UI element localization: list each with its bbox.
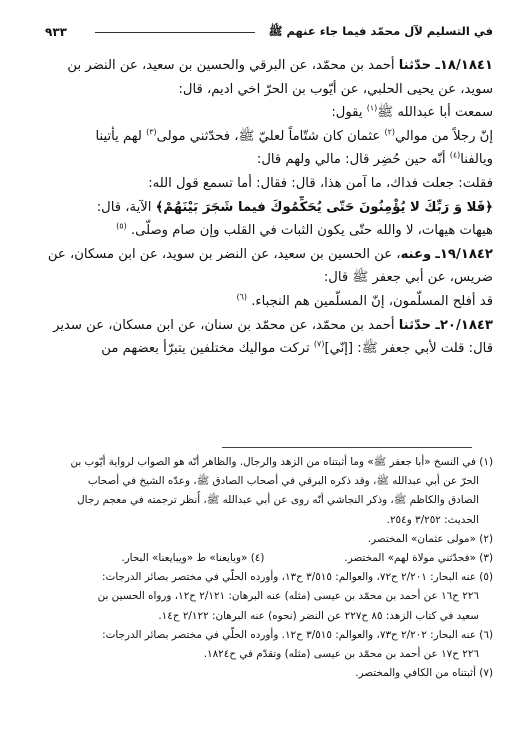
running-header: في التسليم لآل محمّد فيما جاء عنهم ﷺ ٩٣٣ [45, 24, 493, 40]
footnote-id: (٥) [479, 571, 493, 583]
footnote-text: عنه البحار: ٢/٢٠٢ ح٧٣، والعوالم: ٣/٥١٥ ح… [102, 629, 476, 641]
text-line: قال: قلت لأبي جعفر ﷺ: [إنّي] [324, 341, 493, 356]
main-text: ١٨/١٨٤١ـ حدّثنا أحمد بن محمّد، عن البرقي… [42, 54, 493, 361]
footnote-text: ٢٢٦ ح١٦ عن أحمد بن محمّد بن عيسى (مثله) … [98, 590, 479, 602]
footnote-id: (١) [479, 456, 493, 468]
text-line: يقول: [331, 105, 362, 120]
footnote-ref[interactable]: (٧) [314, 340, 325, 349]
hadith-number: ٢٠/١٨٤٣ـ [435, 318, 493, 333]
footnote-6-cont: ٢٢٦ ح١٧ عن أحمد بن محمّد بن عيسى (مثله) … [45, 645, 493, 664]
footnote-7: (٧) أثبتناه من الكافي والمختصر. [45, 664, 493, 683]
text-line: تركت مواليك مختلفين يتبرّأ بعضهم من [101, 341, 309, 356]
footnote-3-4: (٣) «فحدّثني مولاة لهم» المختصر. (٤) «وب… [45, 549, 493, 568]
hadith-lead: وعنه [401, 247, 432, 262]
text-line: لهم يأتينا [95, 129, 141, 144]
hadith-number: ١٩/١٨٤٢ـ [435, 247, 493, 262]
text-line: الآية، قال: [97, 200, 152, 215]
footnote-text: عنه البحار: ٢/٢٠١ ح٧٢، والعوالم: ٣/٥١٥ ح… [102, 571, 476, 583]
footnote-ref[interactable]: (٢) [384, 127, 395, 136]
hadith-1841-line-7: ﴿فَلا وَ رَبِّكَ لا يُؤْمِنُونَ حَتّى يُ… [42, 196, 493, 220]
footnote-3: (٣) «فحدّثني مولاة لهم» المختصر. [344, 549, 493, 568]
hadith-1843-line-2: قال: قلت لأبي جعفر ﷺ: [إنّي](٧) تركت موا… [42, 337, 493, 361]
footnote-1: (١) في النسخ «أبا جعفر ﷺ» وما أثبتناه من… [45, 453, 493, 472]
book-page: في التسليم لآل محمّد فيما جاء عنهم ﷺ ٩٣٣… [0, 0, 515, 752]
footnote-5-cont: سعيد في كتاب الزهد: ٨٥ ح٢٢٧ عن النضر (نح… [45, 607, 493, 626]
footnote-id: (٣) [479, 552, 493, 564]
footnote-ref[interactable]: (٣) [146, 127, 157, 136]
header-title: في التسليم لآل محمّد فيما جاء عنهم ﷺ [269, 24, 493, 41]
hadith-1842-line-2: ضريس، عن أبي جعفر ﷺ قال: [42, 266, 493, 290]
quran-verse: ﴿فَلا وَ رَبِّكَ لا يُؤْمِنُونَ حَتّى يُ… [156, 200, 493, 215]
text-line: ، عن الحسين بن سعيد، عن النضر بن سويد، ع… [48, 247, 401, 262]
footnote-5: (٥) عنه البحار: ٢/٢٠١ ح٧٢، والعوالم: ٣/٥… [45, 568, 493, 587]
footnote-ref[interactable]: (٥) [116, 222, 127, 231]
footnote-separator [222, 447, 472, 448]
footnote-1-cont: الحرّ عن أبي عبدالله ﷺ، وقد ذكره البرقي … [45, 472, 493, 491]
footnote-text: سعيد في كتاب الزهد: ٨٥ ح٢٢٧ عن النضر (نح… [158, 610, 479, 622]
hadith-1841-line-5: ويالفنا(٤) أنّه حين حُضِر قال: مالي ولهم… [42, 148, 493, 172]
text-line: فقلت: جعلت فداك، ما آمن هذا، قال: فقال: … [148, 176, 493, 191]
hadith-1841-line-2: سويد، عن يحيى الحلبي، عن أيّوب بن الحرّ … [42, 78, 493, 102]
text-line: ضريس، عن أبي جعفر ﷺ قال: [324, 270, 493, 285]
footnotes: (١) في النسخ «أبا جعفر ﷺ» وما أثبتناه من… [45, 453, 493, 683]
hadith-1842-line-3: قد أفلح المسلّمون، إنّ المسلّمين هم النج… [42, 290, 493, 314]
hadith-1841-line-3: سمعت أبا عبدالله ﷺ(١) يقول: [42, 101, 493, 125]
footnote-1-cont: الصادق والكاظم ﷺ، وذكر النجاشي أنّه روى … [45, 491, 493, 510]
hadith-1843-line-1: ٢٠/١٨٤٣ـ حدّثنا أحمد بن محمّد، عن محمّد … [42, 314, 493, 338]
text-line: ويالفنا [460, 152, 493, 167]
footnote-2: (٢) «مولى عثمان» المختصر. [45, 530, 493, 549]
footnote-text: «مولى عثمان» المختصر. [368, 533, 476, 545]
hadith-1842-line-1: ١٩/١٨٤٢ـ وعنه، عن الحسين بن سعيد، عن الن… [42, 243, 493, 267]
footnote-ref[interactable]: (٤) [450, 151, 461, 160]
footnote-id: (٧) [479, 667, 493, 679]
text-line: سويد، عن يحيى الحلبي، عن أيّوب بن الحرّ … [178, 82, 493, 97]
footnote-text: الحرّ عن أبي عبدالله ﷺ، وقد ذكره البرقي … [88, 475, 479, 487]
text-line: إنّ رجلاً من موالي [395, 129, 493, 144]
hadith-number: ١٨/١٨٤١ـ [435, 58, 493, 73]
hadith-1841-line-4: إنّ رجلاً من موالي(٢) عثمان كان شتّاماً … [42, 125, 493, 149]
text-line: قد أفلح المسلّمون، إنّ المسلّمين هم النج… [251, 294, 493, 309]
footnote-id: (٤) [251, 552, 265, 564]
footnote-text: ٢٢٦ ح١٧ عن أحمد بن محمّد بن عيسى (مثله) … [204, 648, 479, 660]
page-number: ٩٣٣ [45, 25, 67, 39]
footnote-text: «وبايعنا» ط «ويبايعنا» البحار. [121, 552, 247, 564]
footnote-text: أثبتناه من الكافي والمختصر. [355, 667, 476, 679]
header-rule [95, 32, 255, 33]
hadith-lead: حدّثنا [399, 318, 431, 333]
footnote-ref[interactable]: (١) [367, 104, 378, 113]
footnote-text: «فحدّثني مولاة لهم» المختصر. [344, 552, 476, 564]
hadith-1841-line-6: فقلت: جعلت فداك، ما آمن هذا، قال: فقال: … [42, 172, 493, 196]
text-line: هيهات هيهات، لا والله حتّى يكون الثبات ف… [131, 223, 493, 238]
footnote-id: (٢) [479, 533, 493, 545]
text-line: أحمد بن محمّد، عن محمّد بن سنان، عن ابن … [53, 318, 394, 333]
footnote-6: (٦) عنه البحار: ٢/٢٠٢ ح٧٣، والعوالم: ٣/٥… [45, 626, 493, 645]
hadith-lead: حدّثنا [399, 58, 431, 73]
text-line: سمعت أبا عبدالله ﷺ [377, 105, 493, 120]
footnote-text: الصادق والكاظم ﷺ، وذكر النجاشي أنّه روى … [77, 494, 479, 506]
text-line: أنّه حين حُضِر قال: مالي ولهم قال: [257, 152, 446, 167]
hadith-1841-line-1: ١٨/١٨٤١ـ حدّثنا أحمد بن محمّد، عن البرقي… [42, 54, 493, 78]
hadith-1841-line-8: هيهات هيهات، لا والله حتّى يكون الثبات ف… [42, 219, 493, 243]
footnote-ref[interactable]: (٦) [236, 293, 247, 302]
text-line: عثمان كان شتّاماً لعليّ ﷺ، فحدّثني مولى [157, 129, 381, 144]
footnote-5-cont: ٢٢٦ ح١٦ عن أحمد بن محمّد بن عيسى (مثله) … [45, 587, 493, 606]
text-line: أحمد بن محمّد، عن البرقي والحسين بن سعيد… [67, 58, 394, 73]
footnote-text: الحديث: ٣/٢٥٢ و٢٥٤. [387, 514, 479, 526]
footnote-id: (٦) [479, 629, 493, 641]
footnote-4: (٤) «وبايعنا» ط «ويبايعنا» البحار. [121, 549, 264, 568]
footnote-text: في النسخ «أبا جعفر ﷺ» وما أثبتناه من الز… [70, 456, 476, 468]
footnote-1-cont: الحديث: ٣/٢٥٢ و٢٥٤. [45, 511, 493, 530]
